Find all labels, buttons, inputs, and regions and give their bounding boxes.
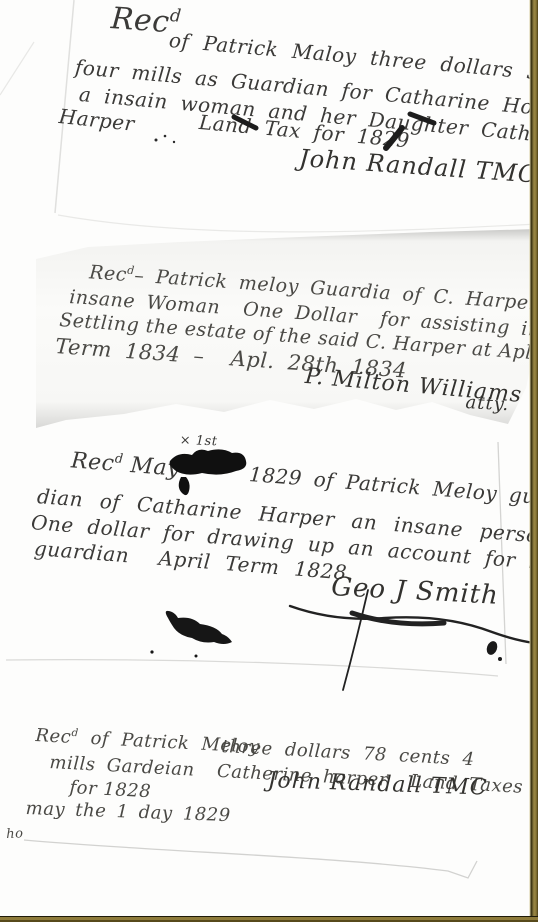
receipt4-line3: for 1828 xyxy=(69,779,151,801)
receipt4-signature: John Randall TMC xyxy=(267,770,488,800)
receipt4-line4: may the 1 day 1829 xyxy=(25,800,231,825)
receipt3-rec: Rec xyxy=(70,448,115,476)
receipt4-rec: Rec xyxy=(35,725,72,748)
receipt3-date-ink-blot xyxy=(170,449,247,495)
scanned-document-page: Recd of Patrick Maloy three dollars 3 fo… xyxy=(0,0,538,922)
receipt3-month: May xyxy=(122,452,181,481)
receipt4-corner-mark: ho xyxy=(6,827,24,841)
receipt1-rec: Rec xyxy=(110,1,171,40)
receipt1-rec-superscript: d xyxy=(169,6,182,27)
receipt3-right-ink-spot xyxy=(485,640,502,661)
receipt2-signer-title: atty. xyxy=(465,394,510,414)
receipt3-insertion-note: × 1st xyxy=(180,434,218,448)
receipt3-bird-ink-blot xyxy=(150,611,232,658)
scan-border-right xyxy=(529,0,538,922)
receipt3-line1-rest: 1829 of Patrick Meloy guar xyxy=(248,464,538,508)
receipt2-rec: Rec xyxy=(89,261,128,286)
receipt1-ink-specks xyxy=(155,135,176,144)
receipt1-line4a: Harper xyxy=(58,106,136,134)
receipt3-signature: Geo J Smith xyxy=(331,574,500,609)
receipt1-signature: John Randall TMC xyxy=(298,146,538,187)
receipt3-line1-start: Recd May xyxy=(70,450,181,481)
scan-border-bottom xyxy=(0,916,538,922)
